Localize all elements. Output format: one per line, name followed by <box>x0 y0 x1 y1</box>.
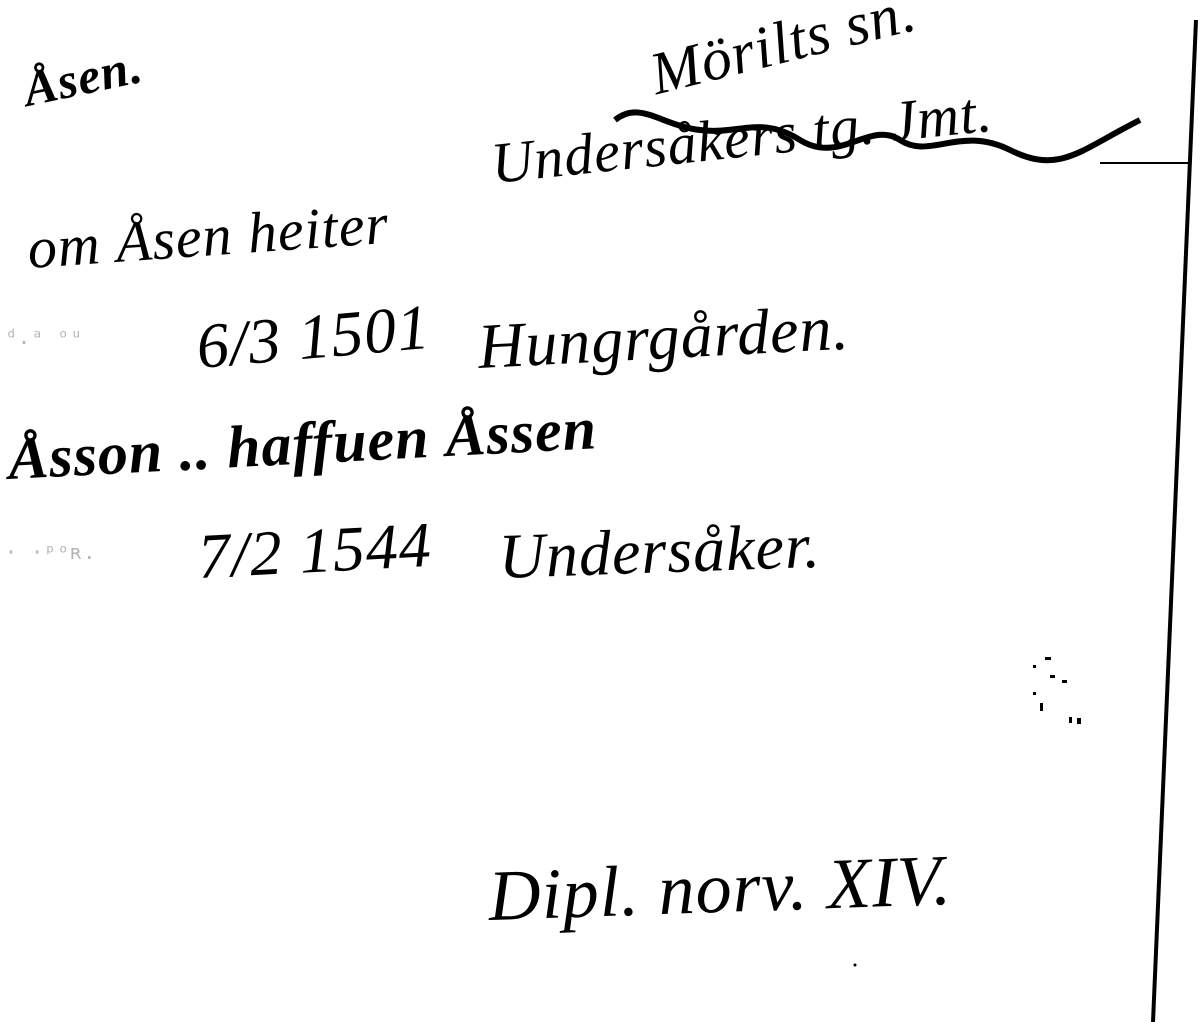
entry-line-3: Åsson .. haffuen Åssen <box>6 394 598 494</box>
faint-mark-2: · ·ᵖᵒʀ. <box>5 540 96 564</box>
faint-mark-1: ᵈ.ᵃ ᵒᵘ <box>5 325 83 349</box>
header-district-subtitle: Undersåkers tg. Jmt. <box>488 78 996 197</box>
entry-date-2: 7/2 1544 <box>196 508 433 594</box>
entry-date-1: 6/3 1501 <box>194 290 433 384</box>
entry-place-1: Hungrgården. <box>476 291 851 384</box>
source-reference: Dipl. norv. XIV. <box>487 839 953 938</box>
header-place-name: Åsen. <box>18 36 148 118</box>
entry-line-1: om Åsen heiter <box>25 190 391 282</box>
entry-place-2: Undersåker. <box>497 509 821 594</box>
